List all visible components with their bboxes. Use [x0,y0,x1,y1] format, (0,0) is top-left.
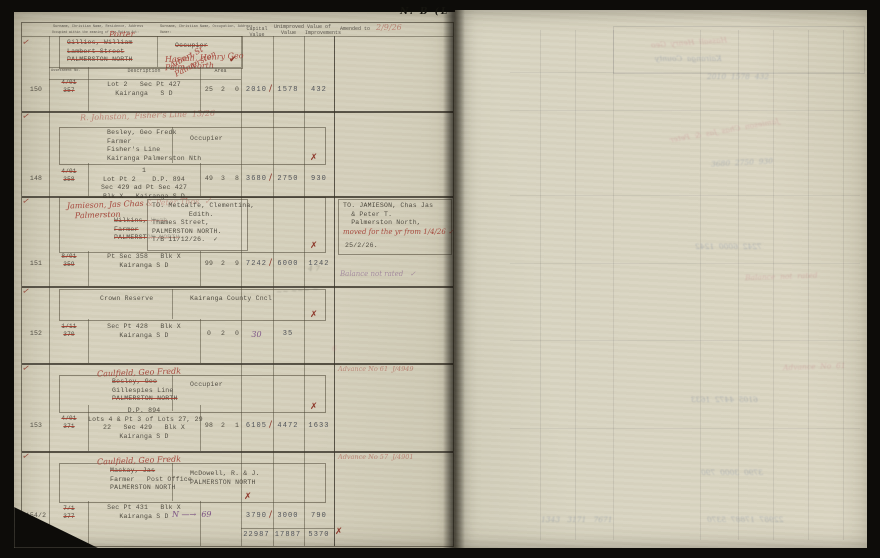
margin-tick-mark: ✓ [21,364,30,374]
area-value: 2 [217,260,229,269]
unimproved-value: 3000 [273,512,303,520]
transfer-note-line: Palmerston North, [343,219,421,228]
assessment-number: 148 [24,175,48,184]
roll-reference-bottom: 359 [50,261,88,270]
capital-value: 3790 [241,512,272,520]
faint-rule [510,428,860,429]
rule-vertical [200,501,201,546]
occupier-name-line: Farmer [107,138,132,147]
faint-rule [510,195,860,196]
capital-value: 7242 [241,260,272,268]
capital-value: 30 [241,330,272,339]
margin-advance-note: Advance No 61 J/4949 [338,365,414,375]
margin-tick-mark: ✓ [21,112,30,122]
transfer-box-line: TO. Metcalfe, Clementina, [152,202,255,211]
capital-value: 2010 [241,86,272,94]
total-improvements-value: 5370 [305,531,333,539]
owner-name-line: McDowell, R. & J. [190,470,260,479]
bleedthrough-text: 3790 3000 790 [701,468,763,477]
transfer-box-line: Edith. [152,211,214,220]
assessment-number: 153 [24,422,48,431]
improvements-value: 930 [305,175,333,183]
occupier-name-line: Gillespies Line [112,387,174,396]
rule-vertical [200,319,201,363]
entry-check-mark: ✗ [310,311,318,320]
area-value: 3 [217,175,229,184]
assessment-number: 150 [24,86,48,95]
improvements-value: 1633 [305,422,333,430]
bleedthrough-text: 3680 2750 930 [711,156,773,168]
occupier-name-line: Besley, Geo [112,378,157,387]
roll-reference-bottom: 357 [50,87,88,96]
scanned-ledger: Surname, Christian Name, Residence, Addr… [0,0,880,558]
rule-horizontal [22,111,453,113]
rule-vertical [273,36,274,546]
occupier-name-line: Besley, Geo Fredk [107,129,177,138]
left-page: Surname, Christian Name, Residence, Addr… [14,12,455,548]
occupier-name-line: Mackay, Jas [110,467,155,476]
area-value: 99 [203,260,215,269]
occupier-name-line: Gillies, William [67,39,133,48]
bleedthrough-text: 7242 6000 1242 [695,242,762,251]
column-header-occupier: Surname, Christian Name, Residence, Addr… [53,25,143,29]
rule-vertical [200,67,201,111]
value-slash-mark: / [269,421,272,430]
valuation-table: Surname, Christian Name, Residence, Addr… [21,22,454,547]
amended-date-script: 2/9/26 [376,23,402,33]
occupier-name-line: Kairanga Palmerston Nth [107,155,201,164]
rule-horizontal [241,528,335,529]
faint-rule [843,30,844,540]
rule-horizontal [22,36,453,37]
assessment-number: 152 [24,330,48,339]
book-gutter [443,10,465,548]
totals-check-mark: ✗ [335,528,343,537]
entry-check-mark: ✗ [310,403,318,412]
faint-rule [540,30,541,540]
entry-check-mark: ✗ [244,493,252,502]
column-header-value-of-improvements: Value of Improvements [305,25,333,36]
rule-vertical [241,36,242,546]
rule-vertical [200,163,201,196]
names-box-divider [157,36,158,67]
bleedthrough-text: 22987 17887 5370 [707,515,783,524]
subheader-assessment-no: Assessment No. [51,69,80,73]
faint-rule [510,110,860,111]
occupier-name-line: Crown Reserve [100,295,153,304]
rule-vertical [88,67,89,111]
total-unimproved-value: 17887 [273,531,303,539]
owner-name-line: Occupier [190,135,223,144]
faint-rule [510,340,860,341]
entry-check-mark: ✗ [310,154,318,163]
area-handwritten: N —→ 69 [172,510,212,519]
entry-check-mark: ✗ [310,242,318,251]
rule-vertical [334,36,335,546]
faint-rule [808,30,809,540]
occupier-correction-script: Porter [109,30,134,40]
faint-rule [575,30,576,540]
occupier-name-line: PALMERSTON NORTH [112,395,178,404]
improvements-value: 432 [305,86,333,94]
column-header-amended: Amended to [340,27,370,33]
unimproved-value: 6000 [273,260,303,268]
transfer-box: TO. Metcalfe, Clementina, Edith.Thames S… [147,199,248,251]
capital-value: 3680 [241,175,272,183]
rule-vertical [88,251,89,286]
rule-vertical [88,163,89,196]
bleedthrough-text: 1343 3171 7671 [541,515,613,524]
value-slash-mark: / [269,259,272,268]
rule-vertical [200,251,201,286]
unimproved-value: 4472 [273,422,303,430]
occupier-name-line: Fisher's Line [107,146,160,155]
margin-tick-mark: ✓ [21,38,30,48]
column-subheader-owner: Owner: [160,31,171,35]
names-box-divider [172,289,173,319]
transfer-note-date: 25/2/26. [345,242,378,251]
area-value: 2 [217,86,229,95]
rule-vertical [88,405,89,451]
column-header-owner: Surname, Christian Name, Occupation, Add… [160,25,252,29]
rule-horizontal [22,363,453,365]
faint-header-box [613,26,865,74]
property-description: D.P. 894 Lots 4 & Pt 3 of Lots 27, 29 22… [88,407,200,441]
rule-horizontal [49,67,241,68]
owner-name-line: Kairanga County Cncl [190,295,272,304]
rule-horizontal [49,79,241,80]
margin-advance-note: Advance No 57 J/4901 [338,453,414,463]
value-slash-mark: / [269,174,272,183]
owner-name-line: PALMERSTON NORTH [190,479,256,488]
area-value: 2 [217,422,229,431]
bleedthrough-text: 6105 4472 1633 [691,395,758,404]
property-description: Sec Pt 428 Blk X Kairanga S D [88,323,200,340]
occupier-name-line: Farmer [114,226,139,235]
margin-tick-mark: ✓ [21,197,30,207]
bleedthrough-text: 4 7 [308,264,320,273]
entry-check-mark: ✔ [229,56,237,65]
capital-value: 6105 [241,422,272,430]
rule-vertical [200,405,201,451]
roll-reference-bottom: 358 [50,176,88,185]
right-page: Hassall Henry GeoKairanga County2010 157… [455,10,867,548]
roll-reference-bottom: 371 [50,423,88,432]
rule-vertical [88,319,89,363]
area-value: 98 [203,422,215,431]
unimproved-value: 35 [273,330,303,338]
owner-name-line: Occupier [190,381,223,390]
occupier-name-line: PALMERSTON NORTH [67,56,133,65]
total-capital-value: 22987 [241,531,272,539]
page-corner-mark: N. B (L [400,7,449,17]
unimproved-value: 2750 [273,175,303,183]
rule-vertical [49,36,50,546]
transfer-note-box: TO. JAMIESON, Chas Jas & Peter T. Palmer… [338,199,452,255]
assessment-number: 151 [24,260,48,269]
rule-horizontal [22,196,453,198]
unimproved-value: 1578 [273,86,303,94]
bleedthrough-text: Balance not rated [745,271,818,283]
faint-rule [613,30,614,540]
transfer-note-script: moved for the yr from 1/4/26 ✓ [343,228,454,238]
roll-reference-bottom: 377 [50,513,88,522]
value-slash-mark: / [269,511,272,520]
transfer-note-line: & Peter T. [343,211,392,220]
bleedthrough-text: 6 [332,344,337,353]
value-slash-mark: / [269,85,272,94]
rule-horizontal [22,451,453,453]
area-value: 0 [203,330,215,339]
transfer-box-line: T/B 11/12/26. ✓ [152,236,218,245]
occupier-name-line: Lambert Street [67,48,124,57]
margin-tick-mark: ✓ [21,452,30,462]
area-value: 25 [203,86,215,95]
rule-vertical [88,501,89,546]
transfer-box-line: Thames Street, [152,219,209,228]
improvements-value: 790 [305,512,333,520]
margin-tick-mark: ✓ [21,287,30,297]
area-value: 2 [217,330,229,339]
faint-rule [773,30,774,540]
transfer-note-line: TO. JAMIESON, Chas Jas [343,202,433,211]
column-header-unimproved-value: Unimproved Value [274,25,303,36]
property-description: Pt Sec 358 Blk X Kairanga S D [88,253,200,270]
balance-note: Balance not rated ✓ [340,270,416,279]
roll-reference-bottom: 370 [50,331,88,340]
faint-rule [738,30,739,540]
occupier-name-line: PALMERSTON NORTH [110,484,176,493]
rule-horizontal [22,286,453,288]
property-description: Lot 2 Sec Pt 427 Kairanga S D [88,81,200,98]
bleedthrough-text: Advance No 61 [783,361,846,372]
bleedthrough-text: Jamieson Chas Jas & Peter [669,116,780,144]
area-value: 49 [203,175,215,184]
occupier-name-line: Farmer Post Office [110,476,192,485]
transfer-box-line: PALMERSTON NORTH. [152,228,222,237]
faint-rule [510,263,860,264]
faint-rule [700,30,701,540]
